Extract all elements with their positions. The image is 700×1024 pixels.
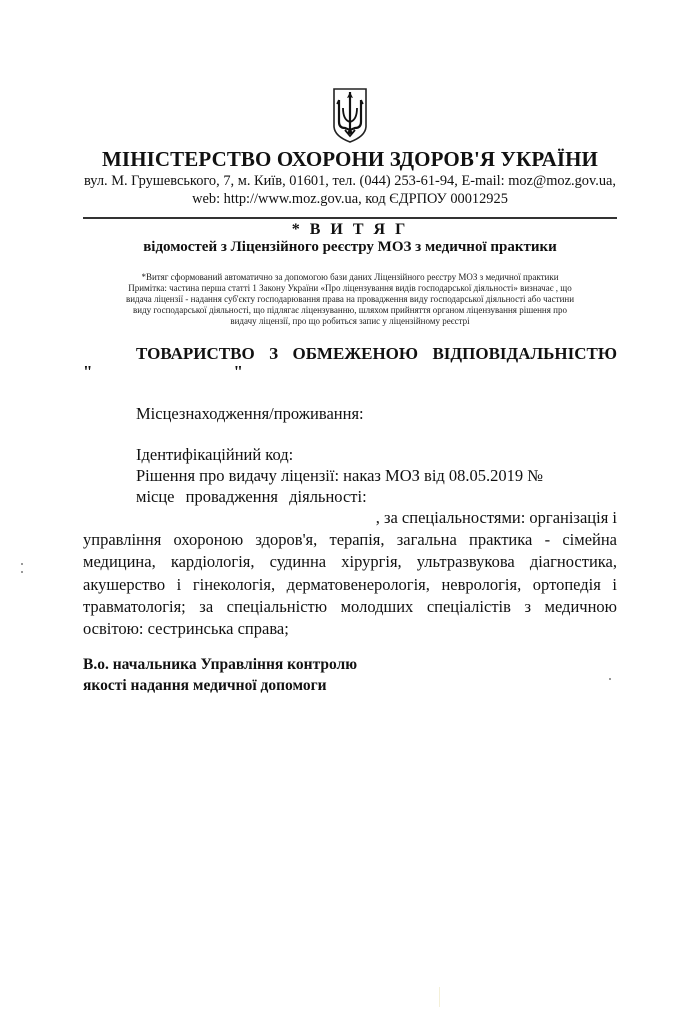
header-divider	[83, 217, 617, 219]
organization-name: ТОВАРИСТВО З ОБМЕЖЕНОЮ ВІДПОВІДАЛЬНІСТЮ	[136, 344, 617, 364]
license-decision: Рішення про видачу ліцензії: наказ МОЗ в…	[136, 465, 543, 487]
extract-title: * В И Т Я Г	[0, 221, 700, 239]
org-word: ТОВАРИСТВО	[136, 344, 255, 364]
footnote-legal-note: Примітка: частина перша статті 1 Закону …	[120, 283, 580, 327]
footnote-auto-generated: *Витяг сформований автоматично за допомо…	[120, 272, 580, 283]
quote-open: "	[83, 364, 92, 380]
ministry-title: МІНІСТЕРСТВО ОХОРОНИ ЗДОРОВ'Я УКРАЇНИ	[0, 147, 700, 171]
place-of-activity-label: місце провадження діяльності:	[136, 486, 367, 508]
org-word: ОБМЕЖЕНОЮ	[292, 344, 418, 364]
ministry-web-and-code: web: http://www.moz.gov.ua, код ЄДРПОУ 0…	[0, 190, 700, 208]
signatory-title-line1: В.о. начальника Управління контролю	[83, 654, 357, 675]
signatory-block: В.о. начальника Управління контролю якос…	[83, 654, 357, 696]
org-word: ВІДПОВІДАЛЬНІСТЮ	[432, 344, 617, 364]
ministry-address: вул. М. Грушевського, 7, м. Київ, 01601,…	[0, 172, 700, 190]
specialties-first-line: , за спеціальностями: організація і	[83, 507, 617, 529]
organization-quoted-name: " "	[83, 364, 243, 380]
id-code-label: Ідентифікаційний код:	[136, 444, 293, 466]
signatory-title-line2: якості надання медичної допомоги	[83, 675, 357, 696]
scan-speck	[609, 678, 611, 680]
extract-subtitle: відомостей з Ліцензійного реєстру МОЗ з …	[0, 238, 700, 256]
location-label: Місцезнаходження/проживання:	[136, 403, 364, 425]
scan-speck	[21, 563, 23, 565]
footnote-block: *Витяг сформований автоматично за допомо…	[120, 272, 580, 327]
license-extract-document: МІНІСТЕРСТВО ОХОРОНИ ЗДОРОВ'Я УКРАЇНИ ву…	[0, 0, 700, 1024]
trident-coat-of-arms-icon	[331, 86, 369, 144]
scan-speck	[21, 571, 23, 573]
scan-speck	[439, 987, 440, 1007]
specialties-list: управління охороною здоров'я, терапія, з…	[83, 529, 617, 640]
org-word: З	[269, 344, 278, 364]
quote-close: "	[234, 364, 243, 380]
specialties-paragraph: , за спеціальностями: організація і упра…	[83, 507, 617, 640]
